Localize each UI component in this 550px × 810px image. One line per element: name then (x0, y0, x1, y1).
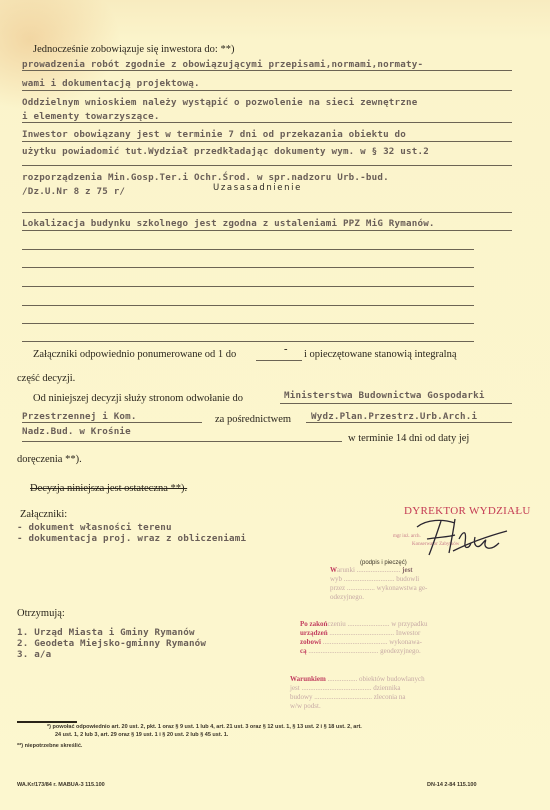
ruled-line (22, 249, 474, 250)
recipients-label: Otrzymują: (17, 608, 65, 619)
appeal-deadline: w terminie 14 dni od daty jej (348, 433, 469, 444)
ruled-line (22, 305, 474, 306)
attachments-label: Załączniki: (20, 509, 67, 520)
justification-heading: Uzasasadnienie (213, 183, 302, 193)
print-code-left: WA.Kr/173/84 r. MABUA-3 115.100 (17, 782, 105, 788)
appeal-authority-line1: Ministerstwa Budownictwa Gospodarki (284, 390, 485, 401)
ruled-line (22, 141, 512, 142)
final-decision-struck: Decyzja niniejsza jest ostateczna **). (30, 483, 187, 494)
document-page: Jednocześnie zobowiązuje się inwestora d… (0, 0, 550, 810)
ruled-line (22, 230, 512, 231)
footnote-separator (17, 721, 77, 723)
recipient-item: 1. Urząd Miasta i Gminy Rymanów (17, 627, 195, 638)
obligation-line: /Dz.U.Nr 8 z 75 r/ (22, 186, 125, 197)
ruled-line (306, 422, 512, 423)
attachments-count-value: - (284, 344, 288, 355)
obligation-line: i elementy towarzyszące. (22, 111, 160, 122)
attachments-sentence-part2: i opieczętowane stanowią integralną (304, 349, 456, 360)
ruled-line (280, 403, 512, 404)
ruled-line (22, 90, 512, 91)
ruled-line (22, 286, 474, 287)
footnote-2: **) niepotrzebne skreślić. (17, 743, 82, 749)
obligation-line: rozporządzenia Min.Gosp.Ter.i Ochr.Środ.… (22, 172, 389, 183)
attachment-item: - dokument własności terenu (17, 522, 172, 533)
ruled-line (22, 122, 512, 123)
obligation-line: użytku powiadomić tut.Wydział przedkłada… (22, 146, 429, 157)
ruled-line (22, 441, 342, 442)
ruled-line (22, 422, 202, 423)
stamp-note-3: Warunkiem ................. obiektów bud… (290, 675, 425, 711)
print-code-right: DN-14 2-84 115.100 (427, 782, 477, 788)
ruled-line (256, 360, 302, 361)
appeal-via-label: za pośrednictwem (215, 414, 291, 425)
ruled-line (22, 341, 474, 342)
ruled-line (22, 323, 474, 324)
recipient-item: 3. a/a (17, 649, 51, 660)
ruled-line (22, 70, 512, 71)
attachment-item: - dokumentacja proj. wraz z obliczeniami (17, 533, 246, 544)
recipient-item: 2. Geodeta Miejsko-gminny Rymanów (17, 638, 206, 649)
stamp-note-1: Warunki ......................... jest w… (330, 566, 427, 602)
appeal-via-line2: Nadz.Bud. w Krośnie (22, 426, 131, 437)
obligation-intro: Jednocześnie zobowiązuje się inwestora d… (33, 44, 234, 55)
obligation-line: Inwestor obowiązany jest w terminie 7 dn… (22, 129, 406, 140)
stamp-note-2: Po zakończeniu ........................ … (300, 620, 428, 656)
attachments-sentence-part3: część decyzji. (17, 373, 75, 384)
obligation-line: Oddzielnym wnioskiem należy wystąpić o p… (22, 97, 417, 108)
appeal-deadline-end: doręczenia **). (17, 454, 82, 465)
ruled-line (22, 165, 512, 166)
appeal-via-line1: Wydz.Plan.Przestrz.Urb.Arch.i (311, 411, 477, 422)
ruled-line (22, 212, 512, 213)
handwritten-signature (415, 513, 510, 558)
obligation-line: wami i dokumentacją projektową. (22, 78, 200, 89)
appeal-authority-line2: Przestrzennej i Kom. (22, 411, 137, 422)
justification-text: Lokalizacja budynku szkolnego jest zgodn… (22, 218, 435, 229)
attachments-sentence-part1: Załączniki odpowiednio ponumerowane od 1… (33, 349, 236, 360)
footnote-1-line2: 24 ust. 1, 2 lub 3, art. 29 oraz § 19 us… (55, 732, 228, 738)
obligation-line: prowadzenia robót zgodnie z obowiązujący… (22, 59, 423, 70)
footnote-1-line1: *) powołać odpowiednio art. 20 ust. 2, p… (47, 724, 362, 730)
ruled-line (22, 267, 474, 268)
appeal-prefix: Od niniejszej decyzji służy stronom odwo… (33, 393, 243, 404)
